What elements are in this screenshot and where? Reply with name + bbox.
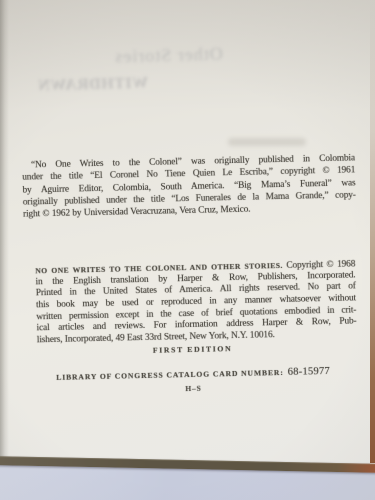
original-publication-paragraph: “No One Writes to the Colonel” was origi… — [22, 152, 356, 220]
copyright-paragraph: NO ONE WRITES TO THE COLONEL AND OTHER S… — [35, 258, 357, 347]
book-copyright-page-photo: Other Stories WITHDRAWN “No One Writes t… — [0, 0, 375, 500]
printed-text-layer: “No One Writes to the Colonel” was origi… — [0, 0, 375, 468]
book-cover-right-edge — [370, 0, 375, 463]
loc-catalog-label: LIBRARY OF CONGRESS CATALOG CARD NUMBER: — [56, 368, 284, 382]
page-gutter-shadow — [0, 0, 9, 464]
loc-catalog-number: 68-15977 — [288, 366, 330, 378]
copyright-year-text: Copyright © 1968 — [286, 259, 355, 271]
